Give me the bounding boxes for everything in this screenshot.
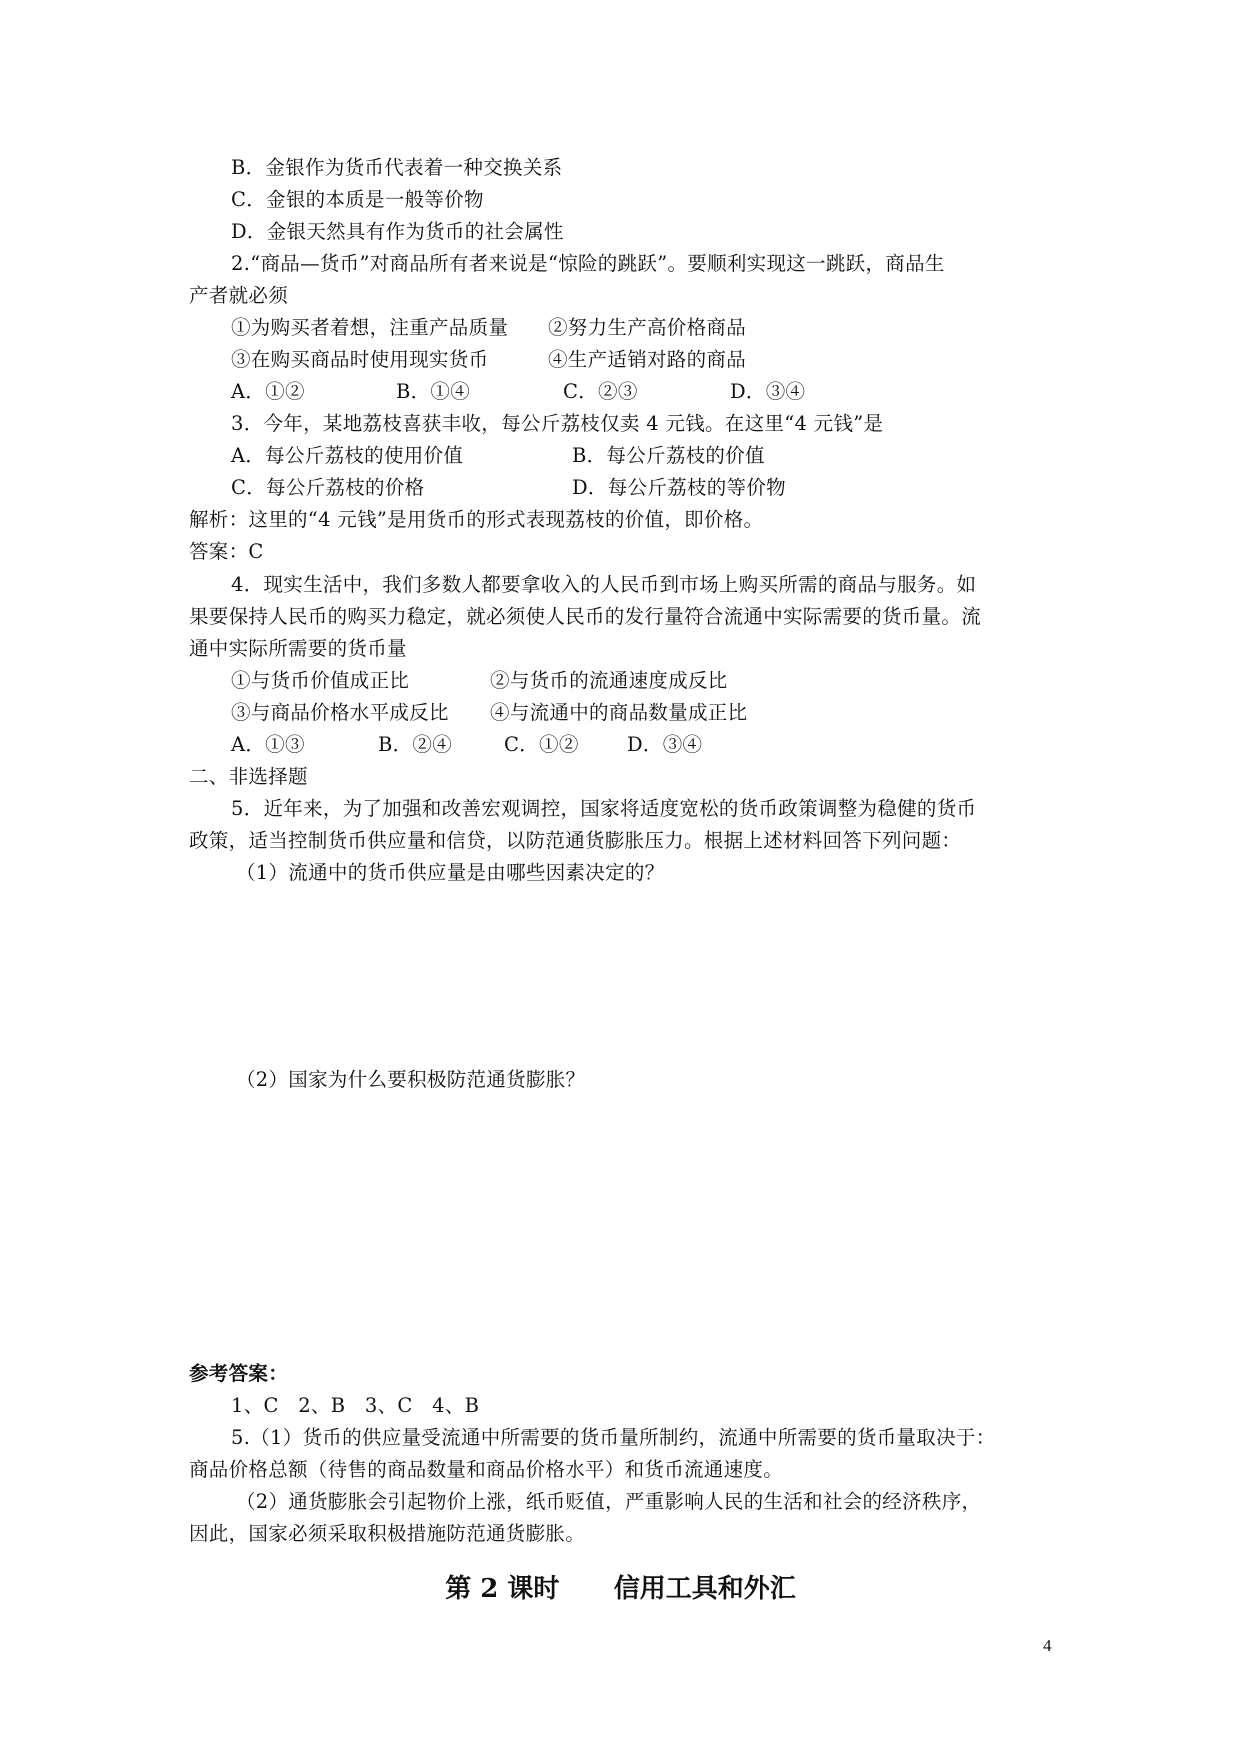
document-page: B．金银作为货币代表着一种交换关系 C．金银的本质是一般等价物 D．金银天然具有… [0,0,1241,1754]
answer-5-1-line2: 商品价格总额（待售的商品数量和商品价格水平）和货币流通速度。 [189,1458,783,1482]
q2-stem-line1: 2.“商品—货币”对商品所有者来说是“惊险的跳跃”。要顺利实现这一跳跃，商品生 [231,252,945,276]
answers-heading: 参考答案： [189,1362,288,1386]
q3-option-a: A．每公斤荔枝的使用价值 [231,444,463,468]
q4-choice-d: D．③④ [627,733,702,757]
q4-stem-line3: 通中实际所需要的货币量 [189,637,407,661]
q2-item-1: ①为购买者着想，注重产品质量 [231,316,508,340]
q3-option-b: B．每公斤荔枝的价值 [572,444,765,468]
q4-choice-b: B．②④ [378,733,452,757]
q4-choice-c: C．①② [504,733,579,757]
q4-item-3: ③与商品价格水平成反比 [231,701,449,725]
q5-subquestion-1: （1）流通中的货币供应量是由哪些因素决定的？ [236,861,665,885]
q2-choice-a: A．①② [231,380,305,404]
q2-choice-b: B．①④ [396,380,470,404]
q4-stem-line2: 果要保持人民币的购买力稳定，就必须使人民币的发行量符合流通中实际需要的货币量。流 [189,605,981,629]
q1-option-b: B．金银作为货币代表着一种交换关系 [231,156,562,180]
answer-5-2-line1: （2）通货膨胀会引起物价上涨，纸币贬值，严重影响人民的生活和社会的经济秩序， [236,1490,981,1514]
q4-item-1: ①与货币价值成正比 [231,669,409,693]
q3-option-d: D．每公斤荔枝的等价物 [572,476,786,500]
q2-choice-c: C．②③ [563,380,638,404]
section-heading-non-choice: 二、非选择题 [189,765,308,789]
q3-stem: 3．今年，某地荔枝喜获丰收，每公斤荔枝仅卖 4 元钱。在这里“4 元钱”是 [231,412,883,436]
q3-analysis: 解析：这里的“4 元钱”是用货币的形式表现荔枝的价值，即价格。 [189,508,763,532]
q4-choice-a: A．①③ [231,733,305,757]
answer-5-2-line2: 因此，国家必须采取积极措施防范通货膨胀。 [189,1522,585,1546]
q1-option-c: C．金银的本质是一般等价物 [231,188,484,212]
q2-choice-d: D．③④ [730,380,805,404]
q4-stem-line1: 4．现实生活中，我们多数人都要拿收入的人民币到市场上购买所需的商品与服务。如 [231,573,976,597]
next-lesson-title: 第 2 课时 信用工具和外汇 [0,1568,1241,1605]
q5-stem-line2: 政策，适当控制货币供应量和信贷，以防范通货膨胀压力。根据上述材料回答下列问题： [189,829,961,853]
q5-stem-line1: 5．近年来，为了加强和改善宏观调控，国家将适度宽松的货币政策调整为稳健的货币 [231,797,976,821]
q3-option-c: C．每公斤荔枝的价格 [231,476,424,500]
q5-subquestion-2: （2）国家为什么要积极防范通货膨胀？ [236,1068,585,1092]
page-number: 4 [1043,1636,1052,1656]
q2-stem-line2: 产者就必须 [189,284,288,308]
q4-item-4: ④与流通中的商品数量成正比 [490,701,747,725]
q2-item-4: ④生产适销对路的商品 [548,348,746,372]
q3-answer: 答案：C [189,540,264,564]
q2-item-3: ③在购买商品时使用现实货币 [231,348,488,372]
q1-option-d: D．金银天然具有作为货币的社会属性 [231,220,564,244]
answer-5-1-line1: 5.（1）货币的供应量受流通中所需要的货币量所制约，流通中所需要的货币量取决于： [231,1426,996,1450]
q4-item-2: ②与货币的流通速度成反比 [490,669,728,693]
q2-item-2: ②努力生产高价格商品 [548,316,746,340]
answers-multiple-choice: 1、C 2、B 3、C 4、B [231,1394,479,1418]
